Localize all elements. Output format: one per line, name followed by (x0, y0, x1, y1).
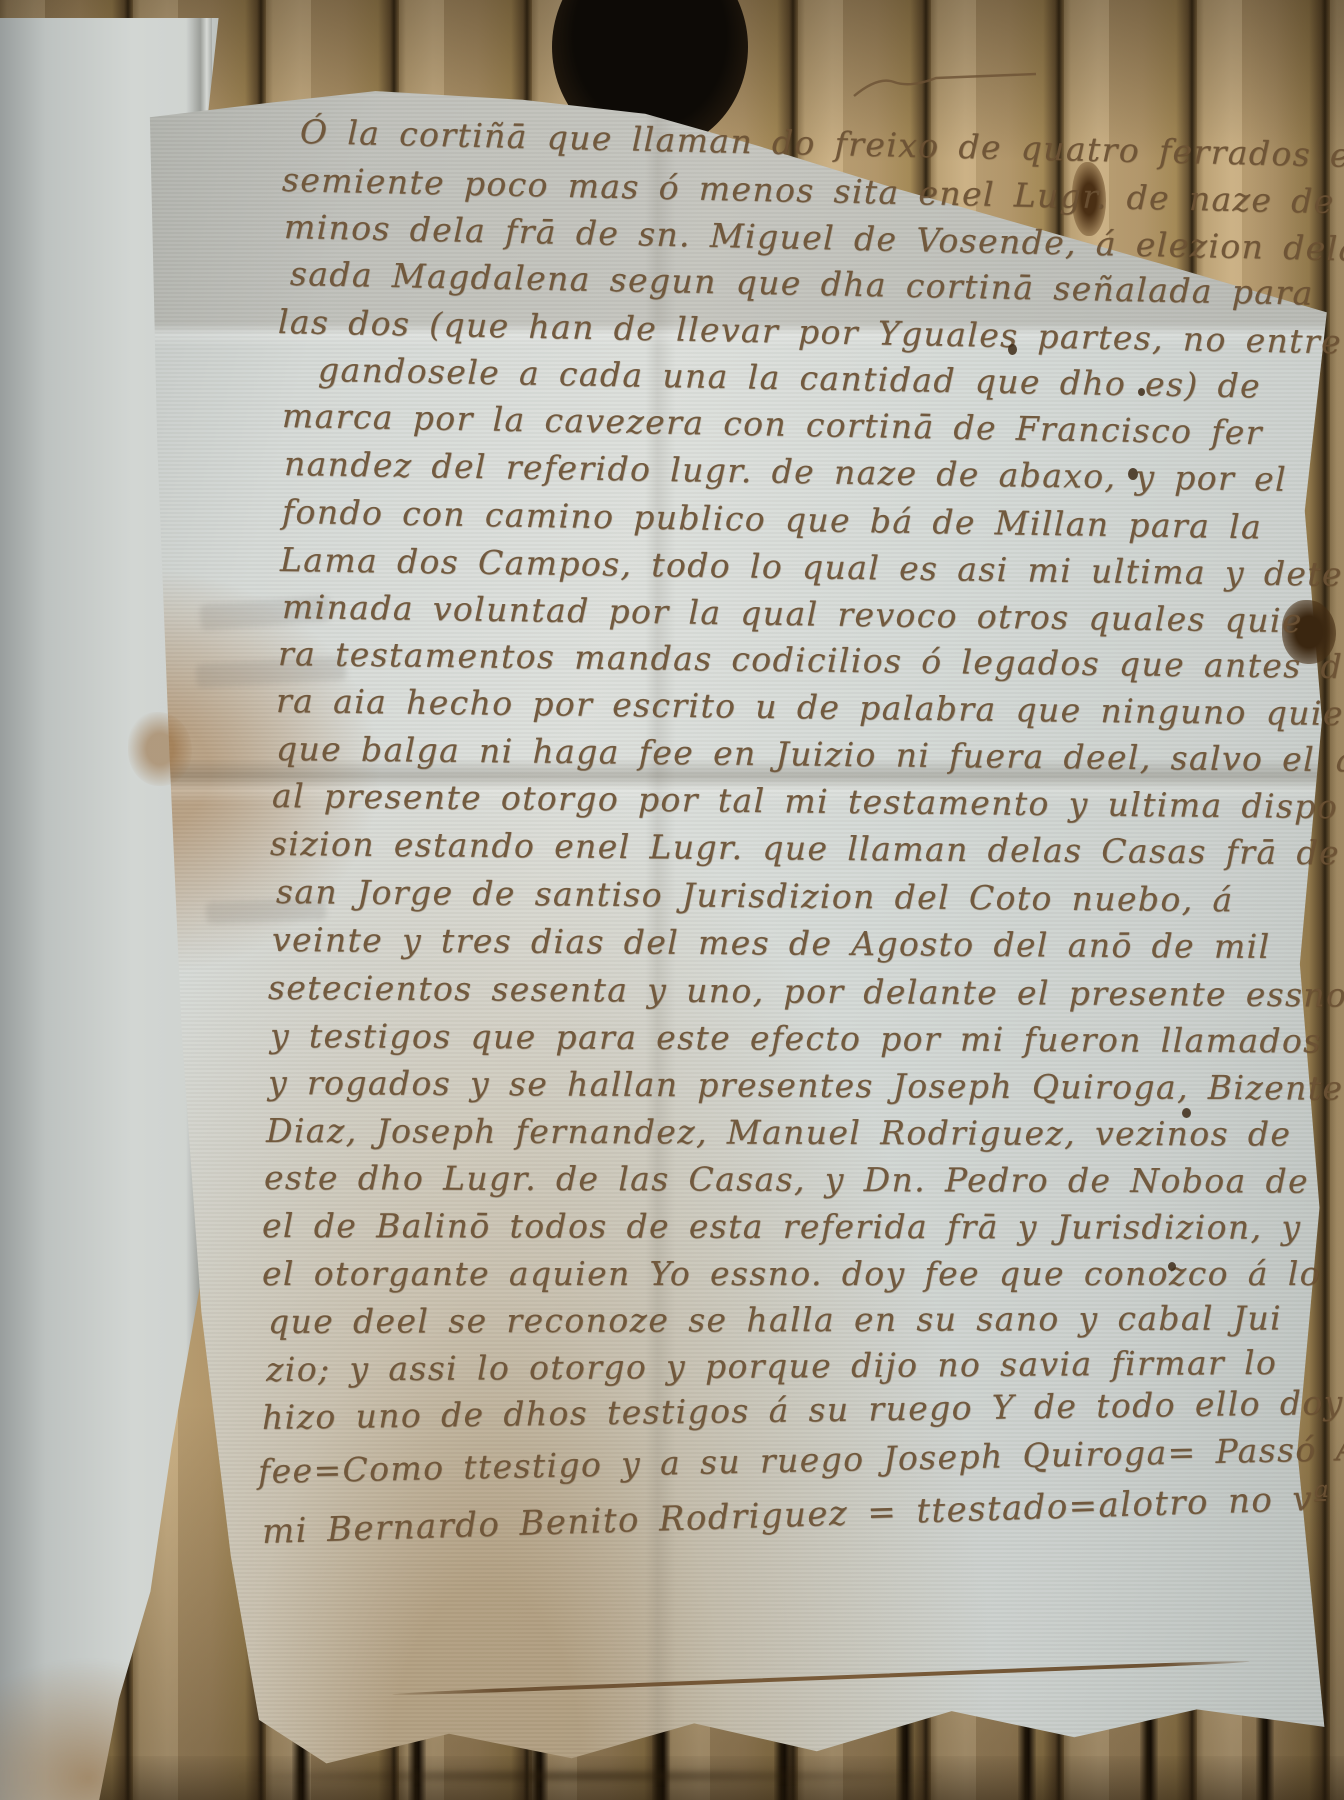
manuscript-line: este dho Lugr. de las Casas, y Dn. Pedro… (264, 1158, 1309, 1201)
manuscript-line: setecientos sesenta y uno, por delante e… (268, 968, 1344, 1015)
manuscript-photo: Ó la cortiñā que llaman do freixo de qua… (0, 0, 1344, 1800)
ink-dot (1138, 388, 1145, 396)
manuscript-line: el de Balinō todos de esta referida frā … (262, 1206, 1301, 1247)
manuscript-line: y rogados y se hallan presentes Joseph Q… (268, 1063, 1344, 1108)
ink-dot (1128, 468, 1138, 480)
manuscript-line: Diaz, Joseph fernandez, Manuel Rodriguez… (266, 1111, 1291, 1154)
manuscript-line: y testigos que para este efecto por mi f… (270, 1016, 1322, 1061)
manuscript-line: el otorgante aquien Yo essno. doy fee qu… (262, 1254, 1321, 1293)
manuscript-line: veinte y tres dias del mes de Agosto del… (272, 920, 1271, 966)
manuscript-line: zio; y assi lo otorgo y porque dijo no s… (266, 1343, 1277, 1389)
manuscript-line: san Jorge de santiso Jurisdizion del Cot… (276, 872, 1234, 919)
pencil-scribble-on-wood (230, 1768, 950, 1784)
ink-dot (1168, 1262, 1176, 1271)
pen-flourish-mark (850, 66, 1040, 102)
ink-dot (1008, 344, 1017, 355)
manuscript-line: que deel se reconoze se halla en su sano… (268, 1298, 1282, 1341)
ink-dot (1182, 1108, 1191, 1118)
wax-stain (128, 712, 192, 786)
